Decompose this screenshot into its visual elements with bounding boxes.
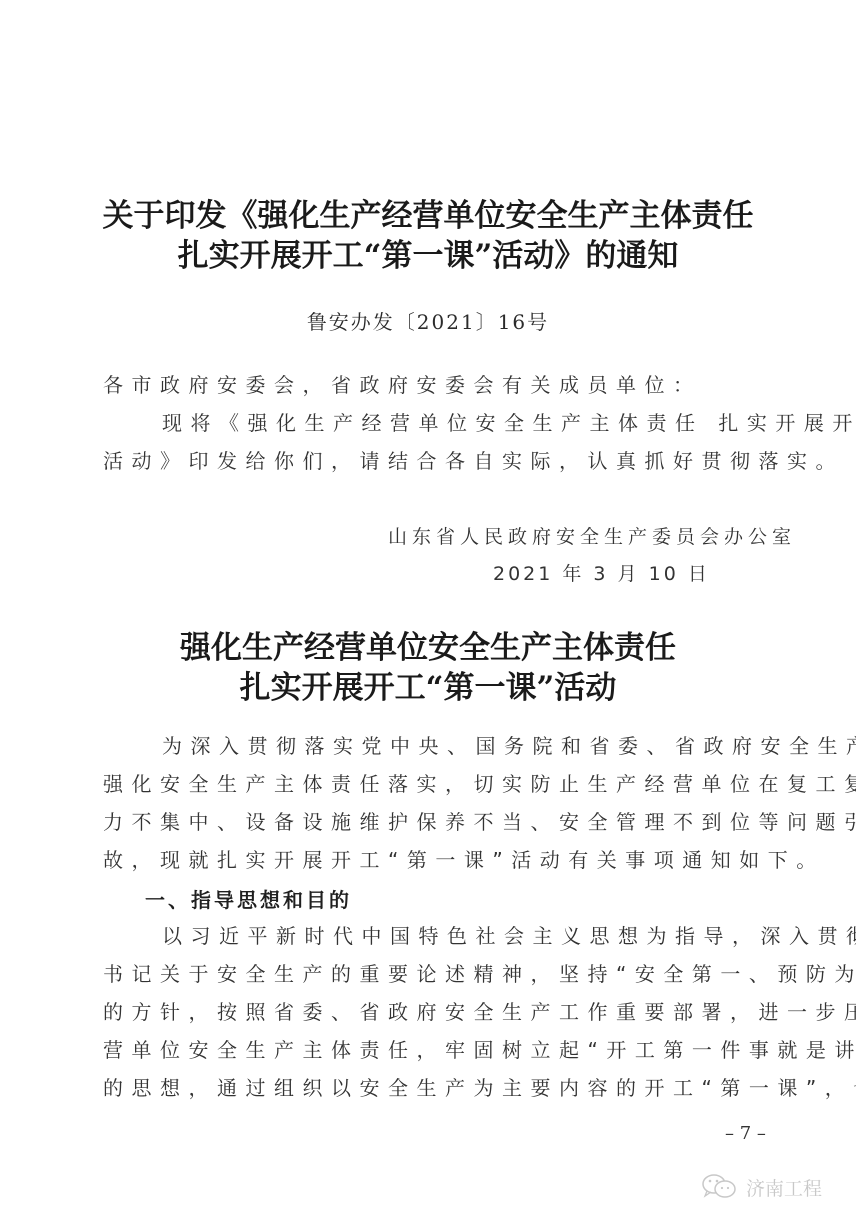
section-1-line-2: 书记关于安全生产的重要论述精神，坚持“安全第一、预防为主、综合治理” xyxy=(103,955,765,993)
wechat-icon xyxy=(700,1172,740,1202)
section-1-line-1: 以习近平新时代中国特色社会主义思想为指导，深入贯彻落实习近平总 xyxy=(103,917,765,955)
page-number: – 7 – xyxy=(725,1122,766,1146)
intro-line-3: 力不集中、设备设施维护保养不当、安全管理不到位等问题引发生产安全事 xyxy=(103,803,765,841)
section-1-line-4: 营单位安全生产主体责任，牢固树立起“开工第一件事就是讲安全、抓安全” xyxy=(103,1031,765,1069)
notice-title-line-1: 关于印发《强化生产经营单位安全生产主体责任 xyxy=(0,196,856,236)
watermark: 济南工程 xyxy=(700,1172,822,1202)
issuer: 山东省人民政府安全生产委员会办公室 xyxy=(388,522,796,552)
attachment-title: 强化生产经营单位安全生产主体责任 扎实开展开工“第一课”活动 xyxy=(0,628,856,708)
section-1-body: 以习近平新时代中国特色社会主义思想为指导，深入贯彻落实习近平总 书记关于安全生产… xyxy=(103,917,765,1107)
notice-title-line-2: 扎实开展开工“第一课”活动》的通知 xyxy=(0,236,856,276)
notice-body: 各市政府安委会，省政府安委会有关成员单位： 现将《强化生产经营单位安全生产主体责… xyxy=(103,366,765,480)
section-1-line-3: 的方针，按照省委、省政府安全生产工作重要部署，进一步压紧压实生产经 xyxy=(103,993,765,1031)
section-heading-1: 一、指导思想和目的 xyxy=(145,882,352,918)
intro-line-1: 为深入贯彻落实党中央、国务院和省委、省政府安全生产工作决策部署， xyxy=(103,727,765,765)
addressee: 各市政府安委会，省政府安委会有关成员单位： xyxy=(103,366,765,404)
intro-line-2: 强化安全生产主体责任落实，切实防止生产经营单位在复工复产中因员工精 xyxy=(103,765,765,803)
watermark-text: 济南工程 xyxy=(746,1174,822,1201)
notice-body-line-1: 现将《强化生产经营单位安全生产主体责任 扎实开展开工“第一课” xyxy=(103,404,765,442)
section-1-line-5: 的思想，通过组织以安全生产为主要内容的开工“第一课”，切实收拢人员 xyxy=(103,1069,765,1107)
intro-line-4: 故，现就扎实开展开工“第一课”活动有关事项通知如下。 xyxy=(103,841,765,879)
document-page: 关于印发《强化生产经营单位安全生产主体责任 扎实开展开工“第一课”活动》的通知 … xyxy=(0,0,856,1225)
issue-date: 2021 年 3 月 10 日 xyxy=(493,559,710,589)
attachment-title-line-1: 强化生产经营单位安全生产主体责任 xyxy=(0,628,856,668)
document-number: 鲁安办发〔2021〕16号 xyxy=(0,307,856,337)
notice-body-line-2: 活动》印发给你们，请结合各自实际，认真抓好贯彻落实。 xyxy=(103,442,765,480)
attachment-intro: 为深入贯彻落实党中央、国务院和省委、省政府安全生产工作决策部署， 强化安全生产主… xyxy=(103,727,765,879)
notice-title: 关于印发《强化生产经营单位安全生产主体责任 扎实开展开工“第一课”活动》的通知 xyxy=(0,196,856,276)
attachment-title-line-2: 扎实开展开工“第一课”活动 xyxy=(0,668,856,708)
